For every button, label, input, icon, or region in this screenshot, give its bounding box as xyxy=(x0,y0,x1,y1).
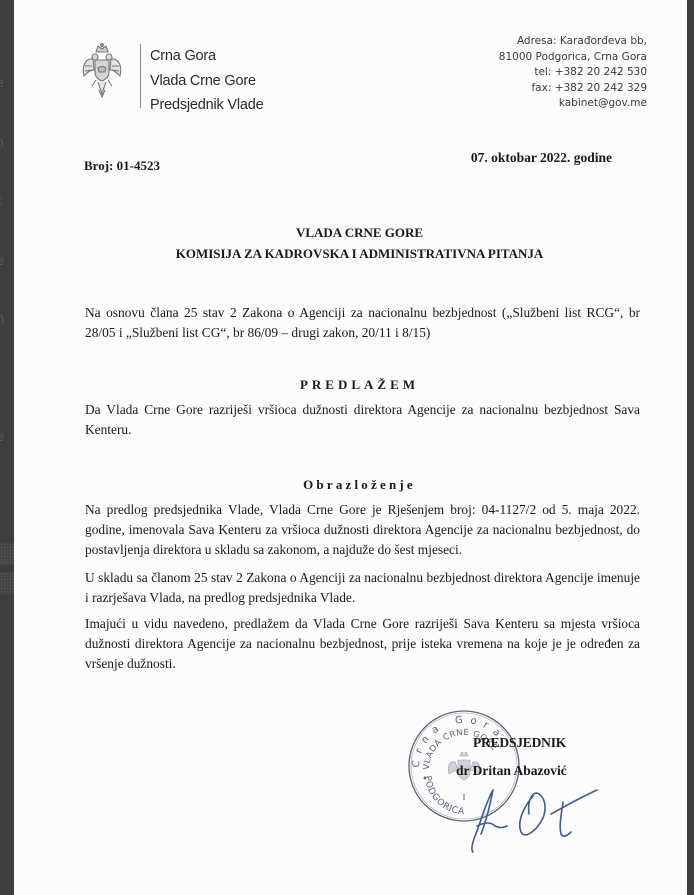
letter-page: Crna Gora Vlada Crne Gore Predsjednik Vl… xyxy=(14,0,687,895)
background-pattern xyxy=(0,543,14,565)
handwritten-signature-icon xyxy=(459,770,609,860)
document-date: 07. oktobar 2022. godine xyxy=(471,150,612,166)
signatory-title: PREDSJEDNIK xyxy=(473,735,566,751)
proposal-heading: PREDLAŽEM xyxy=(14,377,687,393)
background-ghost-text: o xyxy=(0,136,4,151)
viewer-left-margin: e o c e n e xyxy=(0,0,14,895)
letterhead-government: Vlada Crne Gore xyxy=(150,69,263,94)
background-ghost-text: e xyxy=(0,254,4,269)
montenegro-coat-of-arms-icon xyxy=(80,42,124,100)
recipient-government: VLADA CRNE GORE xyxy=(14,225,687,241)
rationale-paragraph: U skladu sa članom 25 stav 2 Zakona o Ag… xyxy=(85,568,640,608)
letterhead-office: Predsjednik Vlade xyxy=(150,93,263,118)
background-ghost-text: c xyxy=(0,194,3,209)
legal-basis-paragraph: Na osnovu člana 25 stav 2 Zakona o Agenc… xyxy=(85,303,640,343)
rationale-paragraph: Imajući u vidu navedeno, predlažem da Vl… xyxy=(85,614,640,674)
document-viewer: e o c e n e xyxy=(0,0,694,895)
viewer-right-margin xyxy=(687,0,694,895)
rationale-heading: Obrazloženje xyxy=(14,477,687,493)
rationale-paragraph: Na predlog predsjednika Vlade, Vlada Crn… xyxy=(85,500,640,560)
recipient-commission: KOMISIJA ZA KADROVSKA I ADMINISTRATIVNA … xyxy=(14,246,687,262)
background-ghost-text: e xyxy=(0,430,4,445)
letterhead-contact: Adresa: Karađorđeva bb, 81000 Podgorica,… xyxy=(499,34,647,112)
background-ghost-text: n xyxy=(0,312,4,327)
letterhead-country: Crna Gora xyxy=(150,44,263,69)
background-ghost-text: e xyxy=(0,76,4,91)
contact-fax: fax: +382 20 242 329 xyxy=(499,81,647,97)
document-reference-number: Broj: 01-4523 xyxy=(84,158,160,174)
letterhead-institution: Crna Gora Vlada Crne Gore Predsjednik Vl… xyxy=(150,44,263,118)
contact-address-1: Adresa: Karađorđeva bb, xyxy=(499,34,647,50)
letterhead-divider xyxy=(140,44,141,108)
background-pattern xyxy=(0,572,14,594)
contact-address-2: 81000 Podgorica, Crna Gora xyxy=(499,50,647,66)
contact-tel: tel: +382 20 242 530 xyxy=(499,65,647,81)
contact-email: kabinet@gov.me xyxy=(499,96,647,112)
proposal-paragraph: Da Vlada Crne Gore razriješi vršioca duž… xyxy=(85,400,640,440)
